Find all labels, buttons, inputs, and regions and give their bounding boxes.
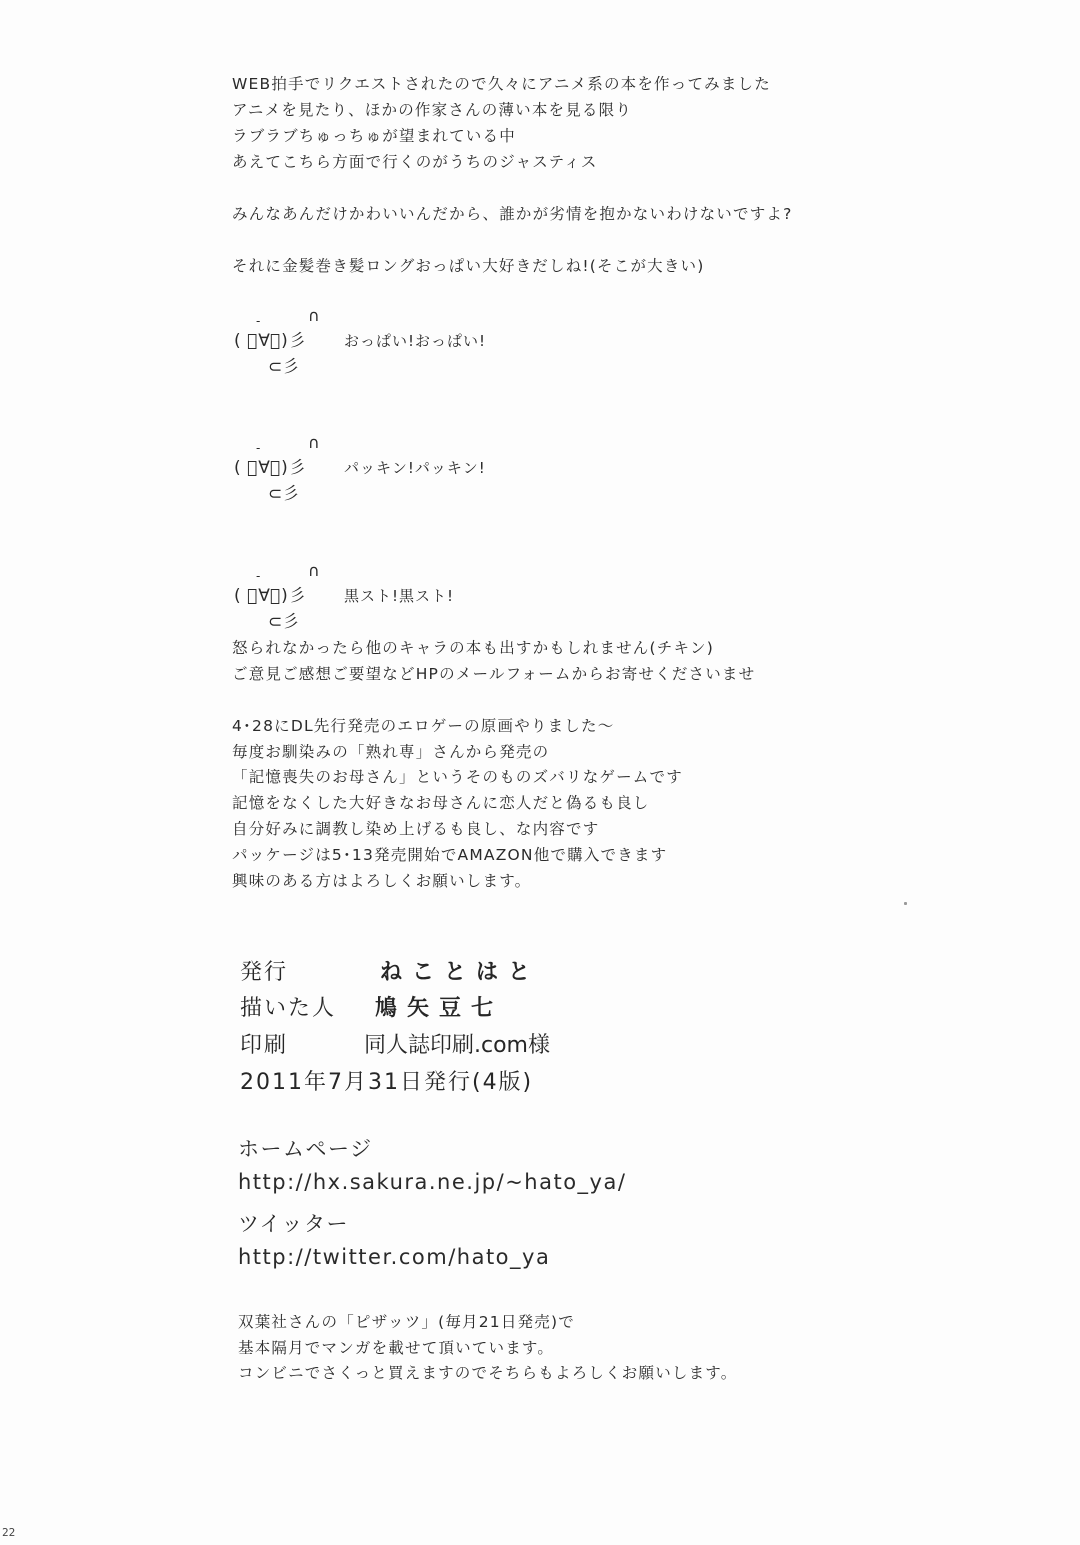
page-number: 22: [2, 1526, 15, 1539]
kaomoji-face: ( ﾟ∀ﾟ)彡: [234, 581, 307, 606]
scan-speck: [904, 902, 907, 905]
homepage-url: http://hx.sakura.ne.jp/~hato_ya/: [238, 1170, 626, 1194]
printer-value: 同人誌印刷.com様: [364, 1028, 550, 1059]
colophon-date: 2011年7月31日発行(4版): [240, 1065, 533, 1096]
kaomoji-lower-hand: ⊂彡: [268, 607, 299, 632]
kaomoji-shout: パッキン!パッキン!: [344, 457, 486, 478]
colophon-printer: 印刷 同人誌印刷.com様: [240, 1028, 288, 1059]
intro-line-1: WEB拍手でリクエストされたので久々にアニメ系の本を作ってみました: [232, 72, 771, 94]
kaomoji-raised-hand: ∩: [308, 433, 320, 452]
publisher-label: 発行: [240, 960, 288, 985]
announcement-line-2: 毎度お馴染みの「熟れ専」さんから発売の: [232, 740, 549, 762]
announcement-line-4: 記憶をなくした大好きなお母さんに恋人だと偽るも良し: [232, 791, 650, 813]
intro-line-5: みんなあんだけかわいいんだから、誰かが劣情を抱かないわけないですよ?: [232, 202, 793, 224]
kaomoji-lower-hand: ⊂彡: [268, 352, 299, 377]
kaomoji-chant-1: ∩ - ( ﾟ∀ﾟ)彡 ⊂彡 おっぱい!おっぱい!: [234, 306, 534, 386]
afterword-page: WEB拍手でリクエストされたので久々にアニメ系の本を作ってみました アニメを見た…: [0, 0, 1080, 1545]
homepage-label: ホームページ: [238, 1133, 373, 1163]
announcement-line-1: 4･28にDL先行発売のエロゲーの原画やりました〜: [232, 714, 614, 736]
kaomoji-face: ( ﾟ∀ﾟ)彡: [234, 453, 307, 478]
magazine-line-1: 双葉社さんの「ピザッツ」(毎月21日発売)で: [238, 1310, 575, 1332]
kaomoji-shout: 黒スト!黒スト!: [344, 585, 454, 606]
twitter-label: ツイッター: [238, 1208, 349, 1238]
printer-label: 印刷: [240, 1033, 288, 1058]
kaomoji-lower-hand: ⊂彡: [268, 479, 299, 504]
afterword-line-2: ご意見ご感想ご要望などHPのメールフォームからお寄せくださいませ: [232, 662, 755, 684]
publisher-value: ねことはと: [380, 955, 540, 986]
magazine-line-2: 基本隔月でマンガを載せて頂いています。: [238, 1336, 554, 1358]
intro-line-3: ラブラブちゅっちゅが望まれている中: [232, 124, 516, 146]
kaomoji-raised-hand: ∩: [308, 306, 320, 325]
twitter-url: http://twitter.com/hato_ya: [238, 1245, 550, 1269]
kaomoji-face: ( ﾟ∀ﾟ)彡: [234, 326, 307, 351]
announcement-line-5: 自分好みに調教し染め上げるも良し、な内容です: [232, 817, 599, 839]
afterword-line-1: 怒られなかったら他のキャラの本も出すかもしれません(チキン): [232, 636, 714, 658]
intro-line-2: アニメを見たり、ほかの作家さんの薄い本を見る限り: [232, 98, 632, 120]
colophon-publisher: 発行 ねことはと: [240, 955, 288, 986]
intro-line-6: それに金髪巻き髪ロングおっぱい大好きだしね!(そこが大きい): [232, 254, 705, 276]
kaomoji-chant-2: ∩ - ( ﾟ∀ﾟ)彡 ⊂彡 パッキン!パッキン!: [234, 433, 534, 513]
kaomoji-shout: おっぱい!おっぱい!: [344, 330, 486, 351]
artist-label: 描いた人: [240, 996, 336, 1021]
announcement-line-3: 「記憶喪失のお母さん」というそのものズバリなゲームです: [232, 765, 683, 787]
intro-line-4: あえてこちら方面で行くのがうちのジャスティス: [232, 150, 598, 172]
announcement-line-7: 興味のある方はよろしくお願いします。: [232, 869, 531, 891]
artist-value: 鳩矢豆七: [375, 991, 503, 1022]
magazine-line-3: コンビニでさくっと買えますのでそちらもよろしくお願いします。: [238, 1361, 737, 1383]
kaomoji-raised-hand: ∩: [308, 561, 320, 580]
announcement-line-6: パッケージは5･13発売開始でAMAZON他で購入できます: [232, 843, 667, 865]
kaomoji-chant-3: ∩ - ( ﾟ∀ﾟ)彡 ⊂彡 黒スト!黒スト!: [234, 561, 534, 641]
colophon-artist: 描いた人 鳩矢豆七: [240, 991, 336, 1022]
